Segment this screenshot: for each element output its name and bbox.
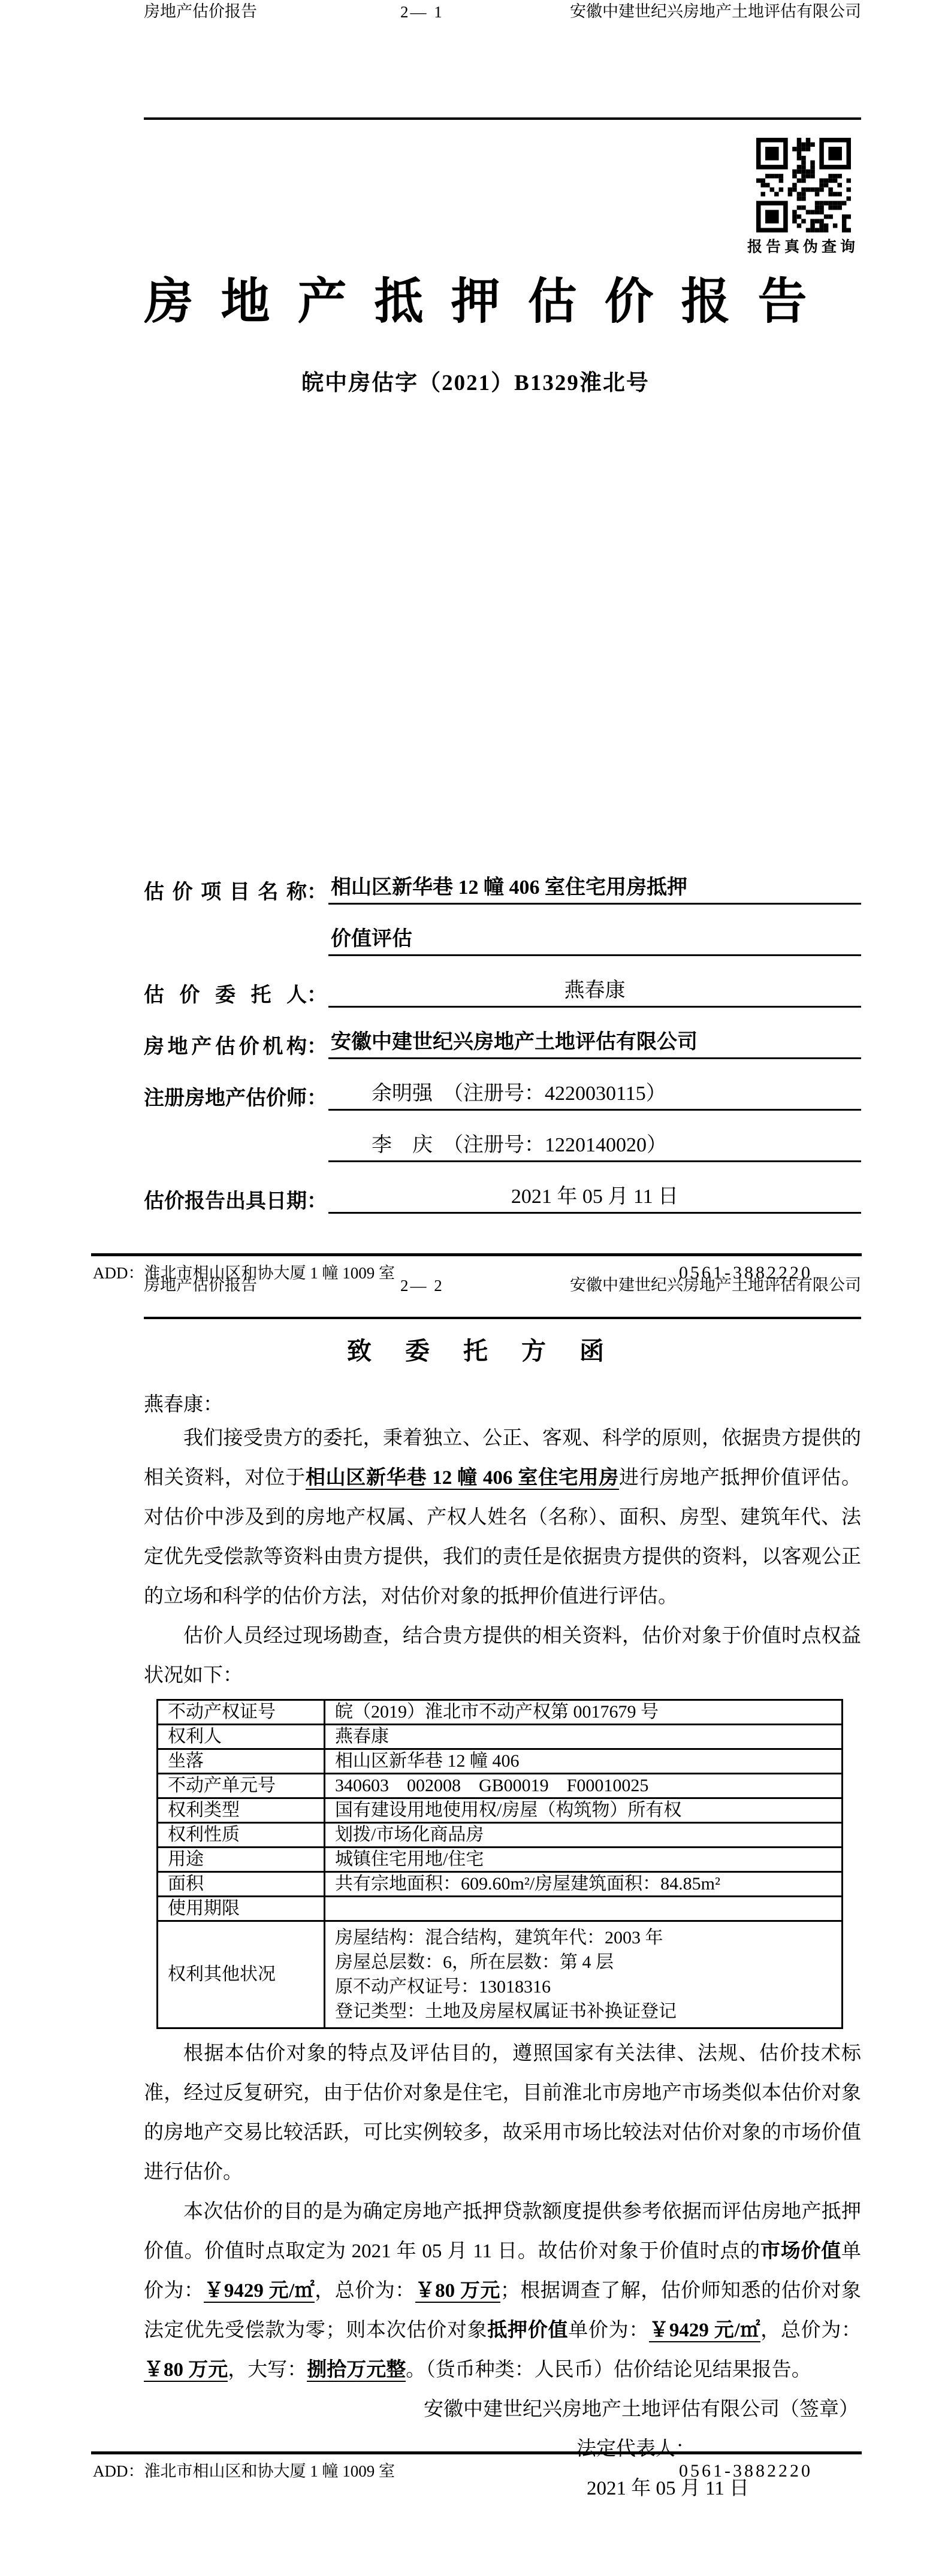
form-row-appraiser2: 李 庆 （注册号：1220140020） bbox=[144, 1132, 861, 1162]
qr-code bbox=[756, 138, 851, 232]
row-value: 共有宗地面积：609.60m²/房屋建筑面积：84.85m² bbox=[325, 1872, 843, 1897]
report-document: 房地产估价报告 2— 1 安徽中建世纪兴房地产土地评估有限公司 报告真伪查询 房… bbox=[0, 0, 951, 2576]
letter-title: 致委托方函 bbox=[0, 1331, 951, 1366]
appraiser-label: 注册房地产估价师 bbox=[144, 1081, 307, 1111]
letter-body: 我们接受贵方的委托，秉着独立、公正、客观、科学的原则，依据贵方提供的相关资料，对… bbox=[144, 1419, 861, 2508]
appraiser1-value: 余明强 （注册号：4220030115） bbox=[328, 1077, 861, 1111]
issue-date-value: 2021 年 05 月 11 日 bbox=[328, 1180, 861, 1214]
row-label: 用途 bbox=[158, 1848, 325, 1872]
p4-total-price: ￥80 万元 bbox=[415, 2280, 500, 2303]
page1-header: 房地产估价报告 2— 1 安徽中建世纪兴房地产土地评估有限公司 bbox=[144, 0, 861, 22]
table-row: 不动产单元号 340603 002008 GB00019 F00010025 bbox=[158, 1774, 843, 1798]
p1-property-highlight: 相山区新华巷 12 幢 406 室住宅用房 bbox=[306, 1467, 619, 1490]
row-value: 340603 002008 GB00019 F00010025 bbox=[325, 1774, 843, 1798]
appraiser2-value: 李 庆 （注册号：1220140020） bbox=[328, 1128, 861, 1162]
row-label: 面积 bbox=[158, 1872, 325, 1897]
client-value: 燕春康 bbox=[328, 973, 861, 1008]
p4-text: 单价为： bbox=[568, 2320, 649, 2341]
header-page-number: 2— 2 bbox=[400, 1277, 444, 1295]
label-colon: ： bbox=[307, 875, 328, 905]
row-value: 城镇住宅用地/住宅 bbox=[325, 1848, 843, 1872]
qr-caption: 报告真伪查询 bbox=[743, 235, 863, 256]
project-name-label: 估价项目名称 bbox=[144, 875, 307, 905]
table-row: 权利人 燕春康 bbox=[158, 1725, 843, 1749]
p4-market-value-term: 市场价值 bbox=[760, 2241, 841, 2262]
row-label: 权利其他状况 bbox=[158, 1921, 325, 2028]
row-value: 相山区新华巷 12 幢 406 bbox=[325, 1749, 843, 1774]
row-label: 坐落 bbox=[158, 1749, 325, 1774]
form-row-issue-date: 估价报告出具日期： 2021 年 05 月 11 日 bbox=[144, 1184, 861, 1214]
form-row-project: 估价项目名称： 相山区新华巷 12 幢 406 室住宅用房抵押 bbox=[144, 875, 861, 905]
p4-text: 本次估价的目的是为确定房地产抵押贷款额度提供参考依据而评估房地产抵押价值。价值时… bbox=[144, 2201, 861, 2262]
row-label: 权利性质 bbox=[158, 1823, 325, 1848]
letter-paragraph-4: 本次估价的目的是为确定房地产抵押贷款额度提供参考依据而评估房地产抵押价值。价值时… bbox=[144, 2192, 861, 2390]
table-row: 面积 共有宗地面积：609.60m²/房屋建筑面积：84.85m² bbox=[158, 1872, 843, 1897]
row-label: 不动产权证号 bbox=[158, 1700, 325, 1725]
rights-detail-line: 原不动产权证号：13018316 bbox=[335, 1975, 837, 1999]
row-value: 皖（2019）淮北市不动产权第 0017679 号 bbox=[325, 1700, 843, 1725]
label-colon: ： bbox=[307, 1030, 328, 1059]
header-company: 安徽中建世纪兴房地产土地评估有限公司 bbox=[570, 1272, 861, 1295]
row-value: 划拨/市场化商品房 bbox=[325, 1823, 843, 1848]
letter-paragraph-1: 我们接受贵方的委托，秉着独立、公正、客观、科学的原则，依据贵方提供的相关资料，对… bbox=[144, 1419, 861, 1616]
header-doc-type: 房地产估价报告 bbox=[144, 0, 257, 22]
form-row-project-cont: 价值评估 bbox=[144, 926, 861, 956]
property-rights-table: 不动产权证号 皖（2019）淮北市不动产权第 0017679 号 权利人 燕春康… bbox=[156, 1699, 843, 2029]
row-label: 不动产单元号 bbox=[158, 1774, 325, 1798]
header-page-number: 2— 1 bbox=[400, 3, 444, 22]
label-colon: ： bbox=[307, 978, 328, 1008]
page1-footer-rule bbox=[91, 1253, 862, 1256]
p4-text: ，总价为： bbox=[760, 2320, 861, 2341]
table-row: 不动产权证号 皖（2019）淮北市不动产权第 0017679 号 bbox=[158, 1700, 843, 1725]
header-doc-type: 房地产估价报告 bbox=[144, 1272, 257, 1295]
p4-text: 。（货币种类：人民币）估价结论见结果报告。 bbox=[406, 2359, 811, 2381]
footer-address-label: ADD： bbox=[93, 2462, 144, 2480]
row-value: 房屋结构：混合结构，建筑年代：2003 年 房屋总层数：6，所在层数：第 4 层… bbox=[325, 1921, 843, 2028]
p4-unit-price: ￥9429 元/㎡ bbox=[649, 2320, 760, 2342]
form-row-agency: 房地产估价机构： 安徽中建世纪兴房地产土地评估有限公司 bbox=[144, 1029, 861, 1059]
p4-text: ，大写： bbox=[228, 2359, 307, 2381]
agency-value: 安徽中建世纪兴房地产土地评估有限公司 bbox=[328, 1025, 861, 1059]
letter-addressee: 燕春康： bbox=[144, 1389, 223, 1417]
p4-total-price: ￥80 万元 bbox=[144, 2359, 228, 2382]
footer-address: ADD：淮北市相山区和协大厦 1 幢 1009 室 bbox=[93, 2458, 395, 2481]
report-reference-number: 皖中房估字（2021）B1329淮北号 bbox=[0, 364, 951, 397]
report-title: 房地产抵押估价报告 bbox=[0, 262, 951, 332]
letter-paragraph-3: 根据本估价对象的特点及评估目的，遵照国家有关法律、法规、估价技术标准，经过反复研… bbox=[144, 2034, 861, 2192]
rights-detail-line: 登记类型：土地及房屋权属证书补换证登记 bbox=[335, 1999, 837, 2024]
header-company: 安徽中建世纪兴房地产土地评估有限公司 bbox=[570, 0, 861, 22]
page2-footer-rule bbox=[91, 2451, 862, 2454]
client-label: 估价委托人 bbox=[144, 978, 307, 1008]
row-value: 国有建设用地使用权/房屋（构筑物）所有权 bbox=[325, 1798, 843, 1823]
page2-header-rule bbox=[144, 1317, 861, 1319]
p4-text: ，总价为： bbox=[315, 2280, 415, 2302]
page1-header-rule bbox=[144, 117, 861, 120]
form-row-appraiser1: 注册房地产估价师： 余明强 （注册号：4220030115） bbox=[144, 1081, 861, 1111]
label-colon: ： bbox=[307, 1184, 328, 1214]
row-value bbox=[325, 1897, 843, 1921]
row-label: 权利类型 bbox=[158, 1798, 325, 1823]
p4-mortgage-value-term: 抵押价值 bbox=[487, 2320, 568, 2341]
table-row: 权利类型 国有建设用地使用权/房屋（构筑物）所有权 bbox=[158, 1798, 843, 1823]
table-row: 使用期限 bbox=[158, 1897, 843, 1921]
page2-footer: ADD：淮北市相山区和协大厦 1 幢 1009 室 0561-3882220 bbox=[93, 2457, 861, 2481]
footer-address-label: ADD： bbox=[93, 1264, 144, 1282]
rights-detail-line: 房屋总层数：6，所在层数：第 4 层 bbox=[335, 1950, 837, 1975]
form-row-client: 估价委托人： 燕春康 bbox=[144, 978, 861, 1008]
table-row: 权利性质 划拨/市场化商品房 bbox=[158, 1823, 843, 1848]
rights-detail-line: 房屋结构：混合结构，建筑年代：2003 年 bbox=[335, 1925, 837, 1950]
project-name-value-line1: 相山区新华巷 12 幢 406 室住宅用房抵押 bbox=[328, 870, 861, 905]
label-colon: ： bbox=[307, 1081, 328, 1111]
issue-date-label: 估价报告出具日期 bbox=[144, 1184, 307, 1214]
page2-header: 房地产估价报告 2— 2 安徽中建世纪兴房地产土地评估有限公司 bbox=[144, 1274, 861, 1295]
table-row: 用途 城镇住宅用地/住宅 bbox=[158, 1848, 843, 1872]
table-row: 坐落 相山区新华巷 12 幢 406 bbox=[158, 1749, 843, 1774]
row-value: 燕春康 bbox=[325, 1725, 843, 1749]
signature-company: 安徽中建世纪兴房地产土地评估有限公司（签章） bbox=[144, 2390, 861, 2429]
agency-label: 房地产估价机构 bbox=[144, 1030, 307, 1059]
p4-amount-in-words: 捌拾万元整 bbox=[307, 2359, 406, 2382]
table-row: 权利其他状况 房屋结构：混合结构，建筑年代：2003 年 房屋总层数：6，所在层… bbox=[158, 1921, 843, 2028]
footer-phone: 0561-3882220 bbox=[679, 2461, 813, 2481]
row-label: 使用期限 bbox=[158, 1897, 325, 1921]
row-label: 权利人 bbox=[158, 1725, 325, 1749]
project-name-value-line2: 价值评估 bbox=[328, 922, 861, 956]
letter-paragraph-2: 估价人员经过现场勘查，结合贵方提供的相关资料，估价对象于价值时点权益状况如下： bbox=[144, 1616, 861, 1695]
footer-address-value: 淮北市相山区和协大厦 1 幢 1009 室 bbox=[144, 2462, 396, 2480]
p4-unit-price: ￥9429 元/㎡ bbox=[204, 2280, 315, 2303]
